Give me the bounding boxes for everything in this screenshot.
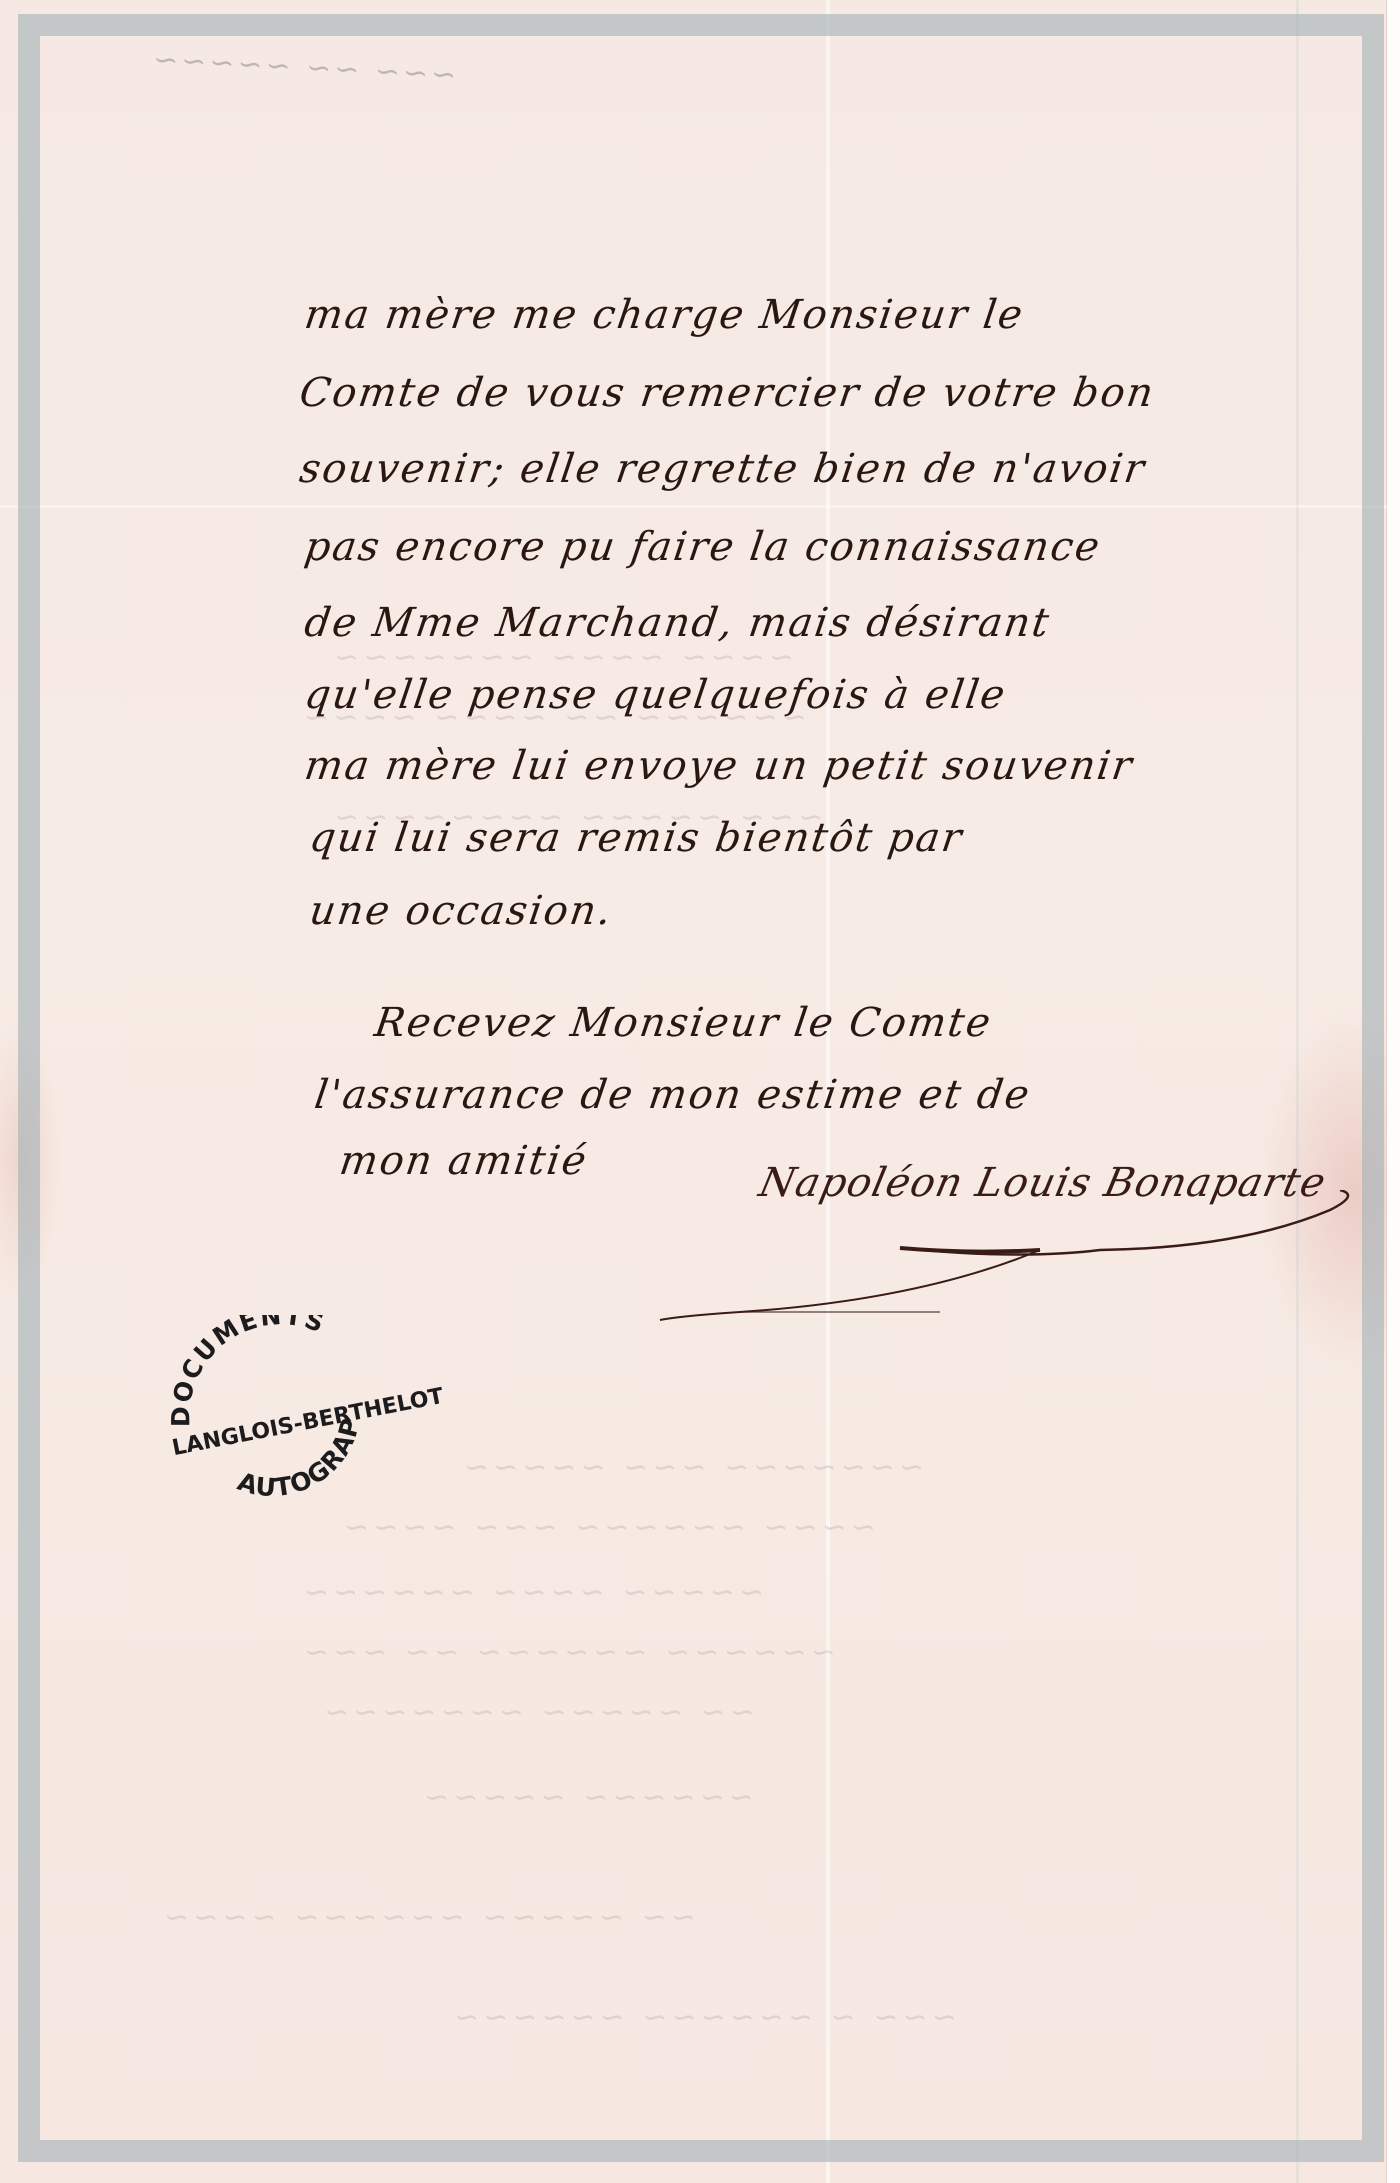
letter-line-3: souvenir; elle regrette bien de n'avoir bbox=[297, 446, 1149, 492]
bleed-line: ~~~~~~ ~~~~~~ ~~ ~~~ bbox=[298, 1635, 839, 1670]
letter-line-8: qui lui sera remis bientôt par bbox=[307, 815, 966, 861]
letter-line-9: une occasion. bbox=[307, 888, 616, 934]
closing-line-3: mon amitié bbox=[337, 1138, 591, 1184]
bleed-line: ~~~~~~~ ~~~ ~~~~~ bbox=[458, 1450, 927, 1485]
letter-body: ma mère me charge Monsieur le Comte de v… bbox=[0, 0, 1400, 1400]
letter-line-7: ma mère lui envoye un petit souvenir bbox=[302, 743, 1137, 789]
closing-line-1: Recevez Monsieur le Comte bbox=[372, 1000, 995, 1046]
bleed-line: ~~ ~~~~~ ~~~~~~~ bbox=[318, 1695, 758, 1730]
dealer-stamp: DOCUMENTS AUTOGRAPHES LANGLOIS-BERTHELOT bbox=[150, 1315, 420, 1535]
closing-line-2: l'assurance de mon estime et de bbox=[312, 1072, 1034, 1118]
letter-line-2: Comte de vous remercier de votre bon bbox=[297, 370, 1158, 416]
letter-line-1: ma mère me charge Monsieur le bbox=[302, 292, 1027, 338]
bleed-line: ~~ ~~~~~ ~~~~~~ ~~~~ bbox=[158, 1900, 699, 1935]
letter-line-6: qu'elle pense quelquefois à elle bbox=[302, 672, 1010, 718]
bleed-line: ~~~~~~ ~~~~~ bbox=[418, 1780, 757, 1815]
signature-flourish bbox=[640, 1190, 1380, 1340]
bleed-line: ~~~~~ ~~~~ ~~~~~~ bbox=[298, 1575, 767, 1610]
bleed-line: ~~~ ~ ~~~~~~ ~~~~~~ bbox=[448, 2000, 960, 2035]
letter-line-5: de Mme Marchand, mais désirant bbox=[302, 600, 1054, 646]
letter-line-4: pas encore pu faire la connaissance bbox=[302, 524, 1104, 570]
